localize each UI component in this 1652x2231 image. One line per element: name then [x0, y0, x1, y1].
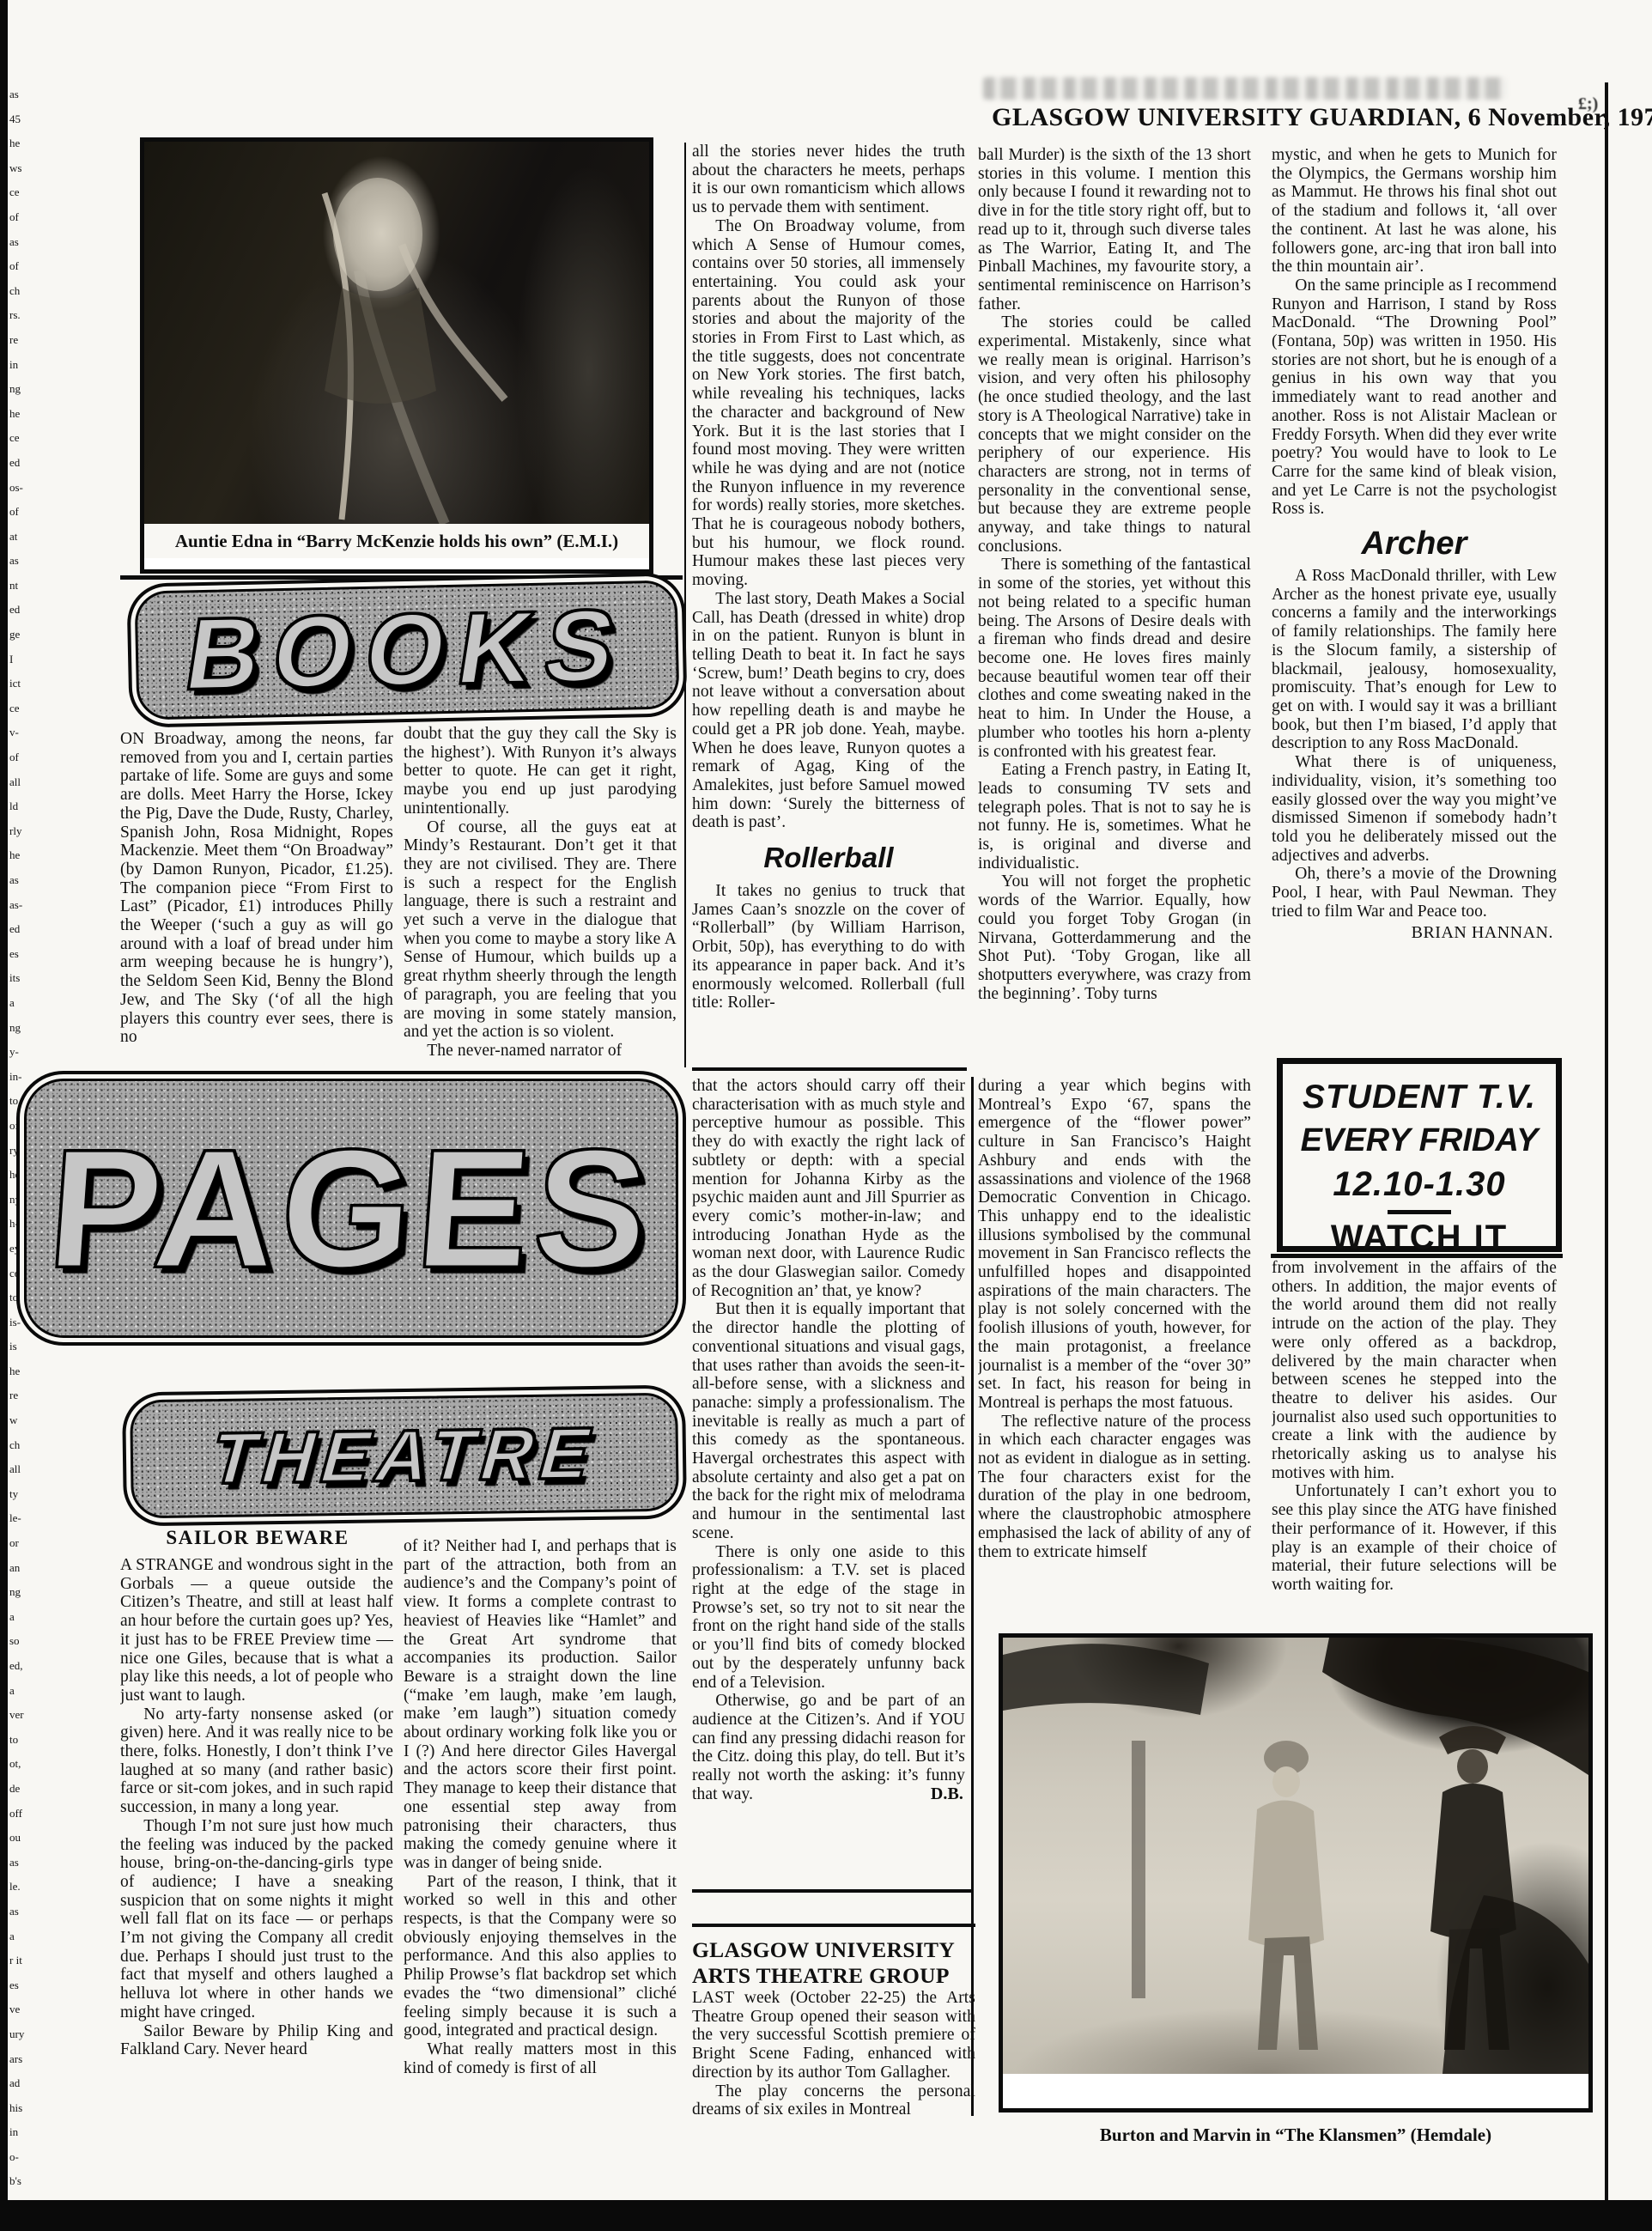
fragment: ed	[8, 917, 37, 942]
paragraph: all the stories never hides the truth ab…	[692, 143, 965, 217]
fragment: a	[8, 1605, 37, 1630]
student-tv-line2: EVERY FRIDAY	[1283, 1119, 1556, 1162]
bottom-scan-bar	[0, 2200, 1652, 2231]
paragraph: The last story, Death Makes a Social Cal…	[692, 590, 965, 832]
rollerball-heading: Rollerball	[692, 839, 965, 877]
theatre-banner-label: THEATRE	[202, 1411, 608, 1500]
fragment: le.	[8, 1875, 37, 1900]
paragraph: A Ross MacDonald thriller, with Lew Arch…	[1272, 567, 1557, 753]
paragraph: You will not forget the prophetic words …	[978, 872, 1251, 1003]
fragment: b's	[8, 2169, 37, 2194]
paragraph: The play concerns the personal dreams of…	[692, 2082, 975, 2119]
fragment: all	[8, 770, 37, 795]
fragment: as	[8, 82, 37, 107]
books-column-5-bottom: A Ross MacDonald thriller, with Lew Arch…	[1272, 567, 1557, 921]
fragment: of	[8, 500, 37, 525]
books-article-column-4: ball Murder) is the sixth of the 13 shor…	[978, 146, 1251, 1065]
rule-under-top-photo	[120, 575, 683, 580]
top-photo	[144, 142, 649, 524]
books-column-3-bottom: It takes no genius to truck that James C…	[692, 882, 965, 1012]
fragment: ng	[8, 377, 37, 402]
books-section-banner: BOOKS	[134, 580, 679, 720]
fragment: or	[8, 1531, 37, 1556]
top-photo-caption: Auntie Edna in “Barry McKenzie holds his…	[144, 524, 649, 558]
fragment: ce	[8, 426, 37, 451]
fragment: ge	[8, 623, 37, 647]
paragraph: LAST week (October 22-25) the Arts Theat…	[692, 1989, 975, 2082]
atg-article-block: GLASGOW UNIVERSITY ARTS THEATRE GROUP LA…	[692, 1924, 975, 2200]
fragment: he	[8, 1359, 37, 1384]
books-banner-label: BOOKS	[178, 587, 636, 713]
student-tv-divider	[1388, 1210, 1451, 1214]
sailor-beware-column-2: of it? Neither had I, and perhaps that i…	[404, 1537, 677, 2197]
fragment: of	[8, 745, 37, 770]
fragment: ed	[8, 598, 37, 623]
pages-banner-label: PAGES	[43, 1112, 659, 1305]
masthead-title: GLASGOW UNIVERSITY GUARDIAN, 6 November,…	[992, 103, 1584, 132]
paragraph: What there is of uniqueness, individuali…	[1272, 753, 1557, 865]
fragment: ng	[8, 1016, 37, 1041]
student-tv-line4: WATCH IT	[1283, 1218, 1556, 1257]
paragraph: Part of the reason, I think, that it wor…	[404, 1873, 677, 2040]
atg-review-column-3: from involvement in the affairs of the o…	[1272, 1259, 1557, 1613]
fragment: os-	[8, 476, 37, 501]
fragment: a	[8, 1679, 37, 1704]
books-byline: BRIAN HANNAN.	[1272, 924, 1557, 943]
fragment: ars	[8, 2047, 37, 2072]
paragraph: The never-named narrator of	[404, 1042, 677, 1061]
paragraph: The reflective nature of the process in …	[978, 1413, 1251, 1562]
pages-section-banner: PAGES	[24, 1079, 678, 1338]
bottom-photo-caption: Burton and Marvin in “The Klansmen” (Hem…	[999, 2118, 1593, 2152]
left-page-edge	[0, 0, 8, 2231]
fragment: he	[8, 131, 37, 156]
fragment: rly	[8, 819, 37, 844]
fragment: a	[8, 991, 37, 1016]
fragment: y-	[8, 1040, 37, 1065]
fragment: off	[8, 1802, 37, 1827]
paragraph: Sailor Beware by Philip King and Falklan…	[120, 2022, 393, 2059]
fragment: in	[8, 353, 37, 378]
atg-heading-line1: GLASGOW UNIVERSITY	[692, 1937, 975, 1963]
fragment: all	[8, 1457, 37, 1482]
atg-intro-text: LAST week (October 22-25) the Arts Theat…	[692, 1989, 975, 2119]
fragment: as	[8, 868, 37, 893]
paragraph: ball Murder) is the sixth of the 13 shor…	[978, 146, 1251, 313]
fragment: nt	[8, 574, 37, 599]
fragment: ws	[8, 156, 37, 181]
fragment: at	[8, 525, 37, 550]
paragraph: that the actors should carry off their c…	[692, 1077, 965, 1300]
paragraph: On the same principle as I recommend Run…	[1272, 277, 1557, 519]
photo-figures-art	[1003, 1638, 1588, 2074]
theatre-section-banner: THEATRE	[130, 1393, 679, 1519]
student-tv-line1: STUDENT T.V.	[1283, 1076, 1556, 1119]
sailor-beware-column-3-text: that the actors should carry off their c…	[692, 1077, 965, 1803]
rule-under-column-3	[692, 1067, 967, 1071]
bottom-photo-frame	[999, 1633, 1593, 2112]
photo-figure-art	[144, 142, 649, 524]
fragment: ce	[8, 180, 37, 205]
fragment: to	[8, 1728, 37, 1753]
fragment: es	[8, 1973, 37, 1998]
paragraph: doubt that the guy they call the Sky is …	[404, 725, 677, 818]
paragraph: No arty-farty nonsense asked (or given) …	[120, 1705, 393, 1817]
fragment: ict	[8, 672, 37, 696]
fragment: re	[8, 328, 37, 353]
fragment: ury	[8, 2022, 37, 2047]
bottom-photo	[1003, 1638, 1588, 2074]
paragraph: from involvement in the affairs of the o…	[1272, 1259, 1557, 1482]
student-tv-line3: 12.10-1.30	[1283, 1162, 1556, 1207]
rule-under-student-tv	[1271, 1254, 1563, 1258]
fragment: of	[8, 205, 37, 230]
paragraph: There is something of the fantastical in…	[978, 556, 1251, 761]
fragment: v-	[8, 720, 37, 745]
books-article-column-3: all the stories never hides the truth ab…	[692, 143, 965, 1065]
fragment: ld	[8, 794, 37, 819]
sailor-beware-column-3: that the actors should carry off their c…	[692, 1077, 965, 1884]
fragment: es	[8, 942, 37, 967]
fragment: an	[8, 1556, 37, 1581]
ink-smudge	[983, 77, 1507, 100]
fragment: as	[8, 1851, 37, 1875]
fragment: ty	[8, 1482, 37, 1507]
fragment: ch	[8, 1433, 37, 1458]
fragment: re	[8, 1383, 37, 1408]
fragment: 45	[8, 107, 37, 132]
rule-under-sailor-column	[692, 1889, 971, 1893]
student-tv-advert: STUDENT T.V. EVERY FRIDAY 12.10-1.30 WAT…	[1277, 1058, 1562, 1252]
paragraph: It takes no genius to truck that James C…	[692, 882, 965, 1012]
archer-heading: Archer	[1272, 522, 1557, 565]
fragment: so	[8, 1629, 37, 1654]
paragraph: But then it is equally important that th…	[692, 1300, 965, 1542]
fragment: he	[8, 402, 37, 427]
paragraph: Eating a French pastry, in Eating It, le…	[978, 761, 1251, 872]
fragment: as	[8, 230, 37, 255]
fragment: rs.	[8, 303, 37, 328]
paragraph: The On Broadway volume, from which A Sen…	[692, 217, 965, 590]
column-rule	[684, 143, 686, 1067]
fragment: ch	[8, 279, 37, 304]
fragment: ot,	[8, 1752, 37, 1777]
paragraph: Though I’m not sure just how much the fe…	[120, 1817, 393, 2022]
fragment: o-	[8, 2145, 37, 2170]
paragraph: A STRANGE and wondrous sight in the Gorb…	[120, 1556, 393, 1705]
fragment: a	[8, 1924, 37, 1949]
fragment: is	[8, 1334, 37, 1359]
books-column-5-top: mystic, and when he gets to Munich for t…	[1272, 146, 1557, 519]
fragment: ou	[8, 1826, 37, 1851]
fragment: his	[8, 2096, 37, 2121]
paragraph: What really matters most in this kind of…	[404, 2040, 677, 2077]
paragraph: The stories could be called experimental…	[978, 313, 1251, 556]
fragment: de	[8, 1777, 37, 1802]
sailor-beware-column-1: A STRANGE and wondrous sight in the Gorb…	[120, 1556, 393, 2193]
fragment: r it	[8, 1948, 37, 1973]
fragment: its	[8, 966, 37, 991]
fragment: he	[8, 843, 37, 868]
fragment: ed,	[8, 1654, 37, 1679]
books-article-column-5: mystic, and when he gets to Munich for t…	[1272, 146, 1557, 1055]
paragraph: mystic, and when he gets to Munich for t…	[1272, 146, 1557, 277]
paragraph: Of course, all the guys eat at Mindy’s R…	[404, 818, 677, 1042]
fragment: of	[8, 254, 37, 279]
paragraph: Oh, there’s a movie of the Drowning Pool…	[1272, 865, 1557, 921]
atg-review-column-2: during a year which begins with Montreal…	[978, 1077, 1251, 1637]
fragment: ng	[8, 1580, 37, 1605]
paragraph: ON Broadway, among the neons, far remove…	[120, 730, 393, 1047]
fragment: ed	[8, 451, 37, 476]
paragraph: of it? Neither had I, and perhaps that i…	[404, 1537, 677, 1873]
fragment: ver	[8, 1703, 37, 1728]
fragment: as	[8, 549, 37, 574]
fragment: in	[8, 2120, 37, 2145]
fragment: ve	[8, 1997, 37, 2022]
fragment: I	[8, 647, 37, 672]
books-column-3-top: all the stories never hides the truth ab…	[692, 143, 965, 832]
fragment: in-	[8, 1065, 37, 1090]
atg-heading-line2: ARTS THEATRE GROUP	[692, 1963, 975, 1989]
right-page-rule	[1605, 82, 1608, 2200]
newspaper-page: as45hewsceofasofchrs.reinngheceedos-ofat…	[0, 0, 1652, 2231]
fragment: ad	[8, 2071, 37, 2096]
fragment: w	[8, 1408, 37, 1433]
fragment: ce	[8, 696, 37, 721]
sailor-beware-heading: SAILOR BEWARE	[120, 1527, 395, 1549]
paragraph: during a year which begins with Montreal…	[978, 1077, 1251, 1413]
books-article-column-2: doubt that the guy they call the Sky is …	[404, 725, 677, 1070]
top-photo-frame: Auntie Edna in “Barry McKenzie holds his…	[140, 137, 653, 574]
books-article-column-1: ON Broadway, among the neons, far remove…	[120, 730, 393, 1070]
paragraph: Unfortunately I can’t exhort you to see …	[1272, 1482, 1557, 1594]
fragment: as	[8, 1900, 37, 1924]
fragment: le-	[8, 1506, 37, 1531]
fragment: as-	[8, 893, 37, 918]
paragraph: There is only one aside to this professi…	[692, 1543, 965, 1693]
